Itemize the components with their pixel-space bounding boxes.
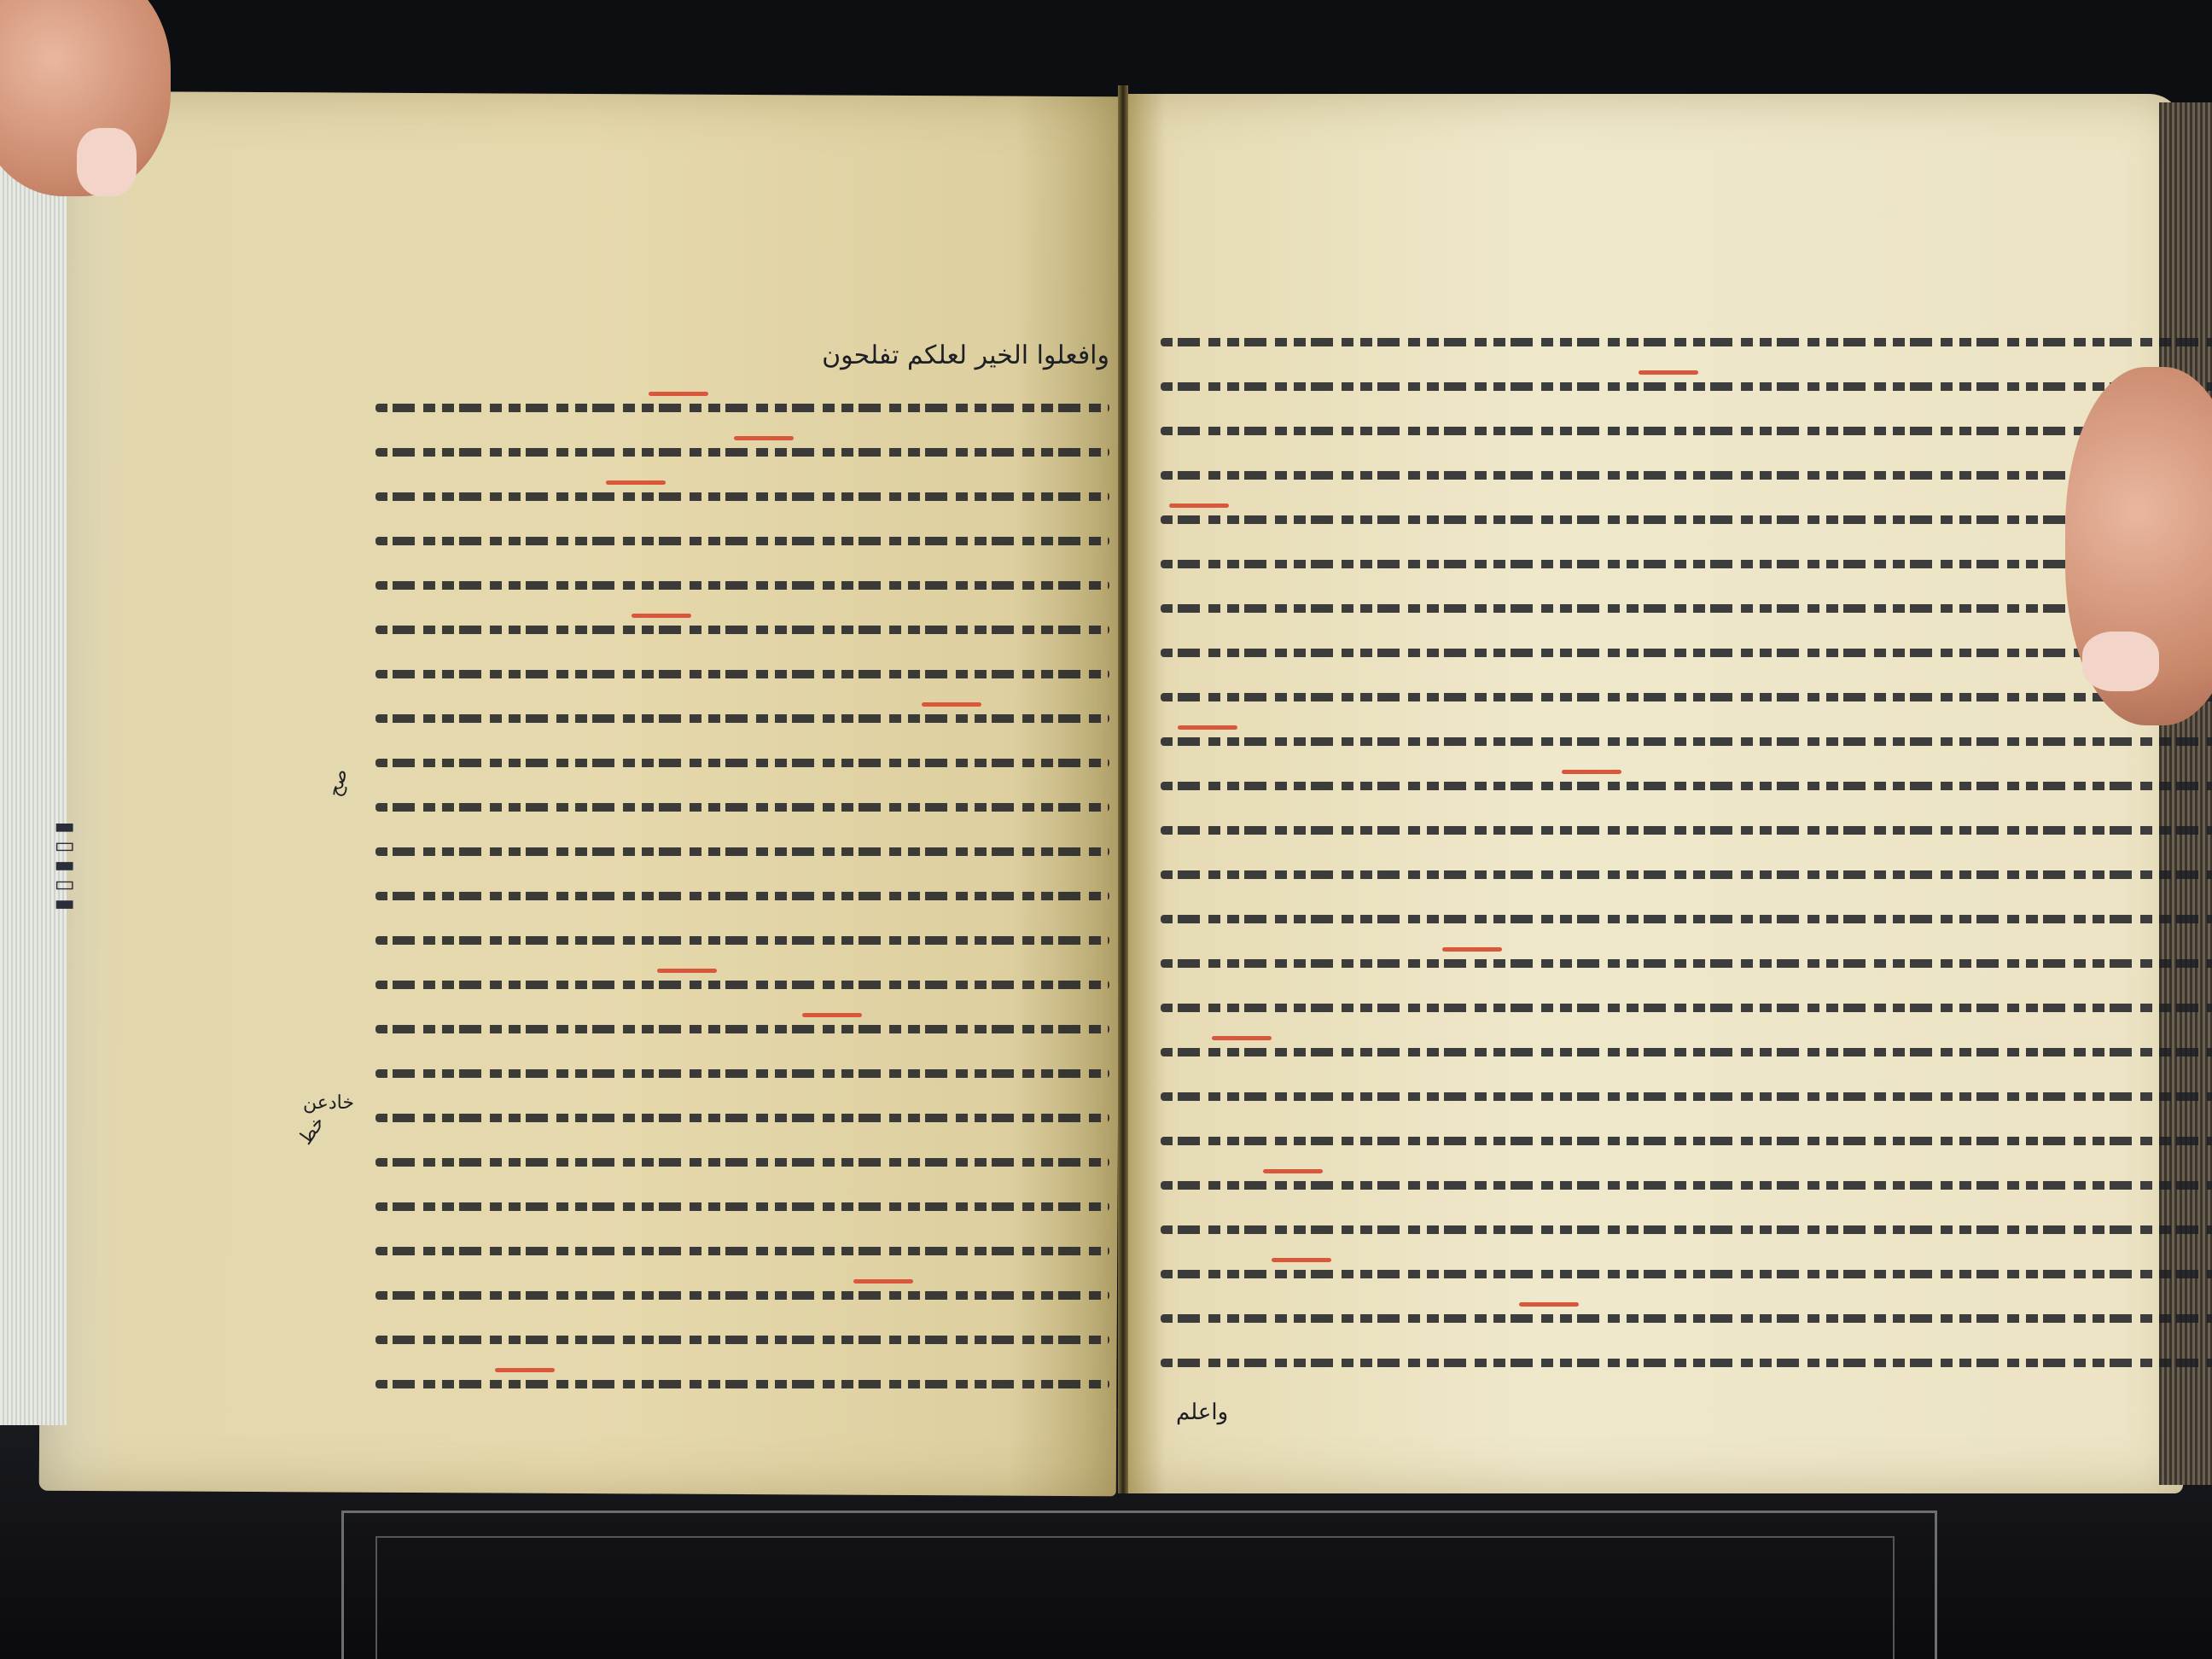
manuscript-line [375, 736, 1109, 781]
manuscript-line [375, 870, 1109, 914]
manuscript-line [1161, 848, 2212, 893]
manuscript-line [375, 1358, 1109, 1402]
manuscript-line [375, 381, 1109, 426]
manuscript-line [1161, 582, 2212, 626]
manuscript-line [1161, 671, 2212, 715]
manuscript-line [1161, 626, 2212, 671]
manuscript-line [1161, 1248, 2212, 1292]
manuscript-line [375, 1225, 1109, 1269]
manuscript-line [1161, 804, 2212, 848]
manuscript-line [375, 825, 1109, 870]
catchword: واعلم [1176, 1400, 1228, 1425]
manuscript-line [375, 559, 1109, 603]
manuscript-line [1161, 1026, 2212, 1070]
manuscript-line [1161, 715, 2212, 760]
manuscript-line [1161, 1070, 2212, 1115]
left-thumbnail [77, 128, 137, 196]
manuscript-line [375, 1091, 1109, 1136]
manuscript-line [1161, 1159, 2212, 1203]
manuscript-line [1161, 360, 2212, 405]
manuscript-line [375, 914, 1109, 958]
manuscript-line [375, 1180, 1109, 1225]
manuscript-line [1161, 538, 2212, 582]
manuscript-line: وافعلوا الخير لعلكم تفلحون [375, 337, 1109, 381]
table-outline-inner [375, 1536, 1895, 1659]
manuscript-line [1161, 1115, 2212, 1159]
edge-inscription: ▮ ▯ ▮ ▯ ▮ [50, 822, 76, 911]
manuscript-line [375, 1313, 1109, 1358]
manuscript-line [1161, 449, 2212, 493]
manuscript-line [1161, 937, 2212, 981]
manuscript-line [1161, 1336, 2212, 1381]
left-page-text: وافعلوا الخير لعلكم تفلحون [375, 337, 1109, 1402]
right-thumbnail [2082, 632, 2159, 691]
manuscript-line [1161, 981, 2212, 1026]
manuscript-line [375, 958, 1109, 1003]
manuscript-line [375, 1003, 1109, 1047]
margin-note-short: خادعن [303, 1092, 354, 1114]
manuscript-line [1161, 760, 2212, 804]
manuscript-line [1161, 1203, 2212, 1248]
first-line-text: وافعلوا الخير لعلكم تفلحون [822, 341, 1109, 370]
manuscript-line [375, 781, 1109, 825]
manuscript-line [375, 603, 1109, 648]
manuscript-line [1161, 1292, 2212, 1336]
manuscript-line [375, 1269, 1109, 1313]
manuscript-line [1161, 893, 2212, 937]
manuscript-line [375, 470, 1109, 515]
right-page-text [1161, 316, 2212, 1381]
left-page-edge [0, 111, 67, 1425]
manuscript-line [375, 1136, 1109, 1180]
manuscript-line [375, 692, 1109, 736]
manuscript-line [375, 515, 1109, 559]
manuscript-line [375, 426, 1109, 470]
book-gutter [1118, 85, 1128, 1493]
manuscript-line [1161, 405, 2212, 449]
manuscript-line [375, 1047, 1109, 1091]
manuscript-line [1161, 493, 2212, 538]
manuscript-line [1161, 316, 2212, 360]
manuscript-line [375, 648, 1109, 692]
